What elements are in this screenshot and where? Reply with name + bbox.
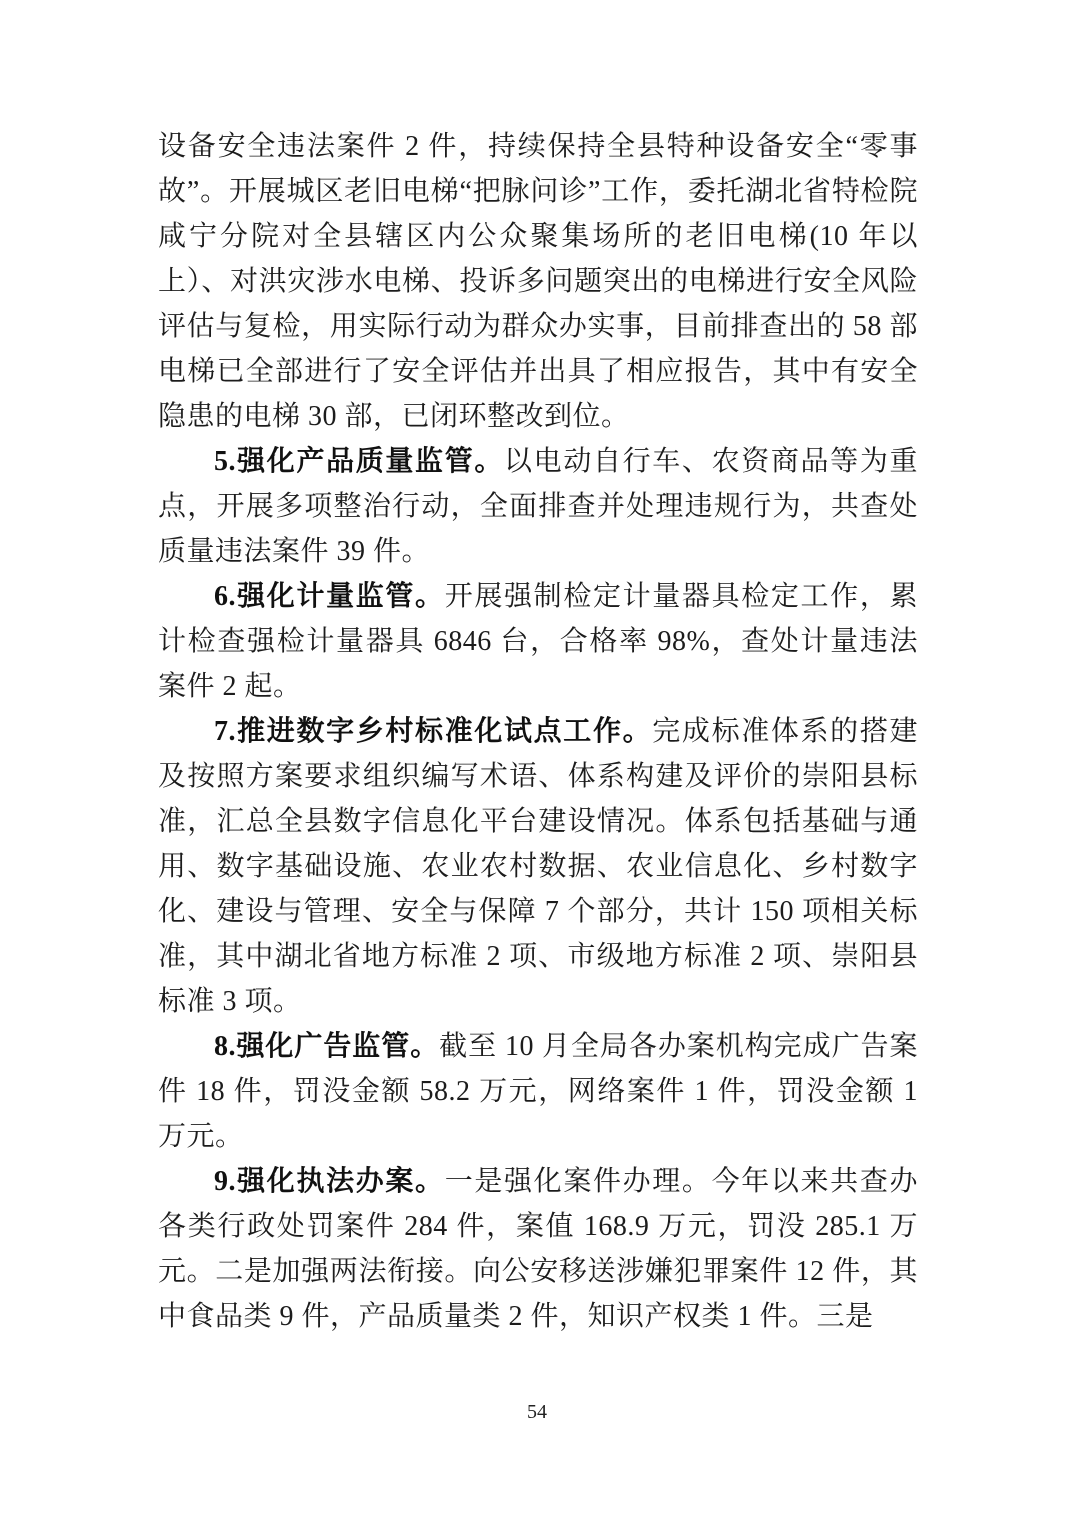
paragraph: 8.强化广告监管。截至 10 月全局各办案机构完成广告案件 18 件，罚没金额 … (158, 1024, 918, 1159)
document-page: 设备安全违法案件 2 件，持续保持全县特种设备安全“零事故”。开展城区老旧电梯“… (0, 0, 1074, 1520)
document-body: 设备安全违法案件 2 件，持续保持全县特种设备安全“零事故”。开展城区老旧电梯“… (158, 124, 918, 1339)
paragraph: 6.强化计量监管。开展强制检定计量器具检定工作，累计检查强检计量器具 6846 … (158, 574, 918, 709)
paragraph-text: 设备安全违法案件 2 件，持续保持全县特种设备安全“零事故”。开展城区老旧电梯“… (158, 131, 918, 432)
paragraph-heading: 7.推进数字乡村标准化试点工作。 (214, 716, 652, 747)
paragraph-heading: 9.强化执法办案。 (214, 1166, 445, 1197)
paragraph: 设备安全违法案件 2 件，持续保持全县特种设备安全“零事故”。开展城区老旧电梯“… (158, 124, 918, 439)
paragraph-text: 完成标准体系的搭建及按照方案要求组织编写术语、体系构建及评价的崇阳县标准，汇总全… (158, 716, 918, 1017)
paragraph: 7.推进数字乡村标准化试点工作。完成标准体系的搭建及按照方案要求组织编写术语、体… (158, 709, 918, 1024)
page-number: 54 (527, 1401, 547, 1423)
paragraph: 9.强化执法办案。一是强化案件办理。今年以来共查办各类行政处罚案件 284 件，… (158, 1159, 918, 1339)
paragraph: 5.强化产品质量监管。以电动自行车、农资商品等为重点，开展多项整治行动，全面排查… (158, 439, 918, 574)
paragraph-heading: 8.强化广告监管。 (214, 1031, 439, 1062)
paragraph-heading: 6.强化计量监管。 (214, 581, 445, 612)
paragraph-heading: 5.强化产品质量监管。 (214, 446, 504, 477)
page-footer: 54 (0, 1398, 1074, 1426)
